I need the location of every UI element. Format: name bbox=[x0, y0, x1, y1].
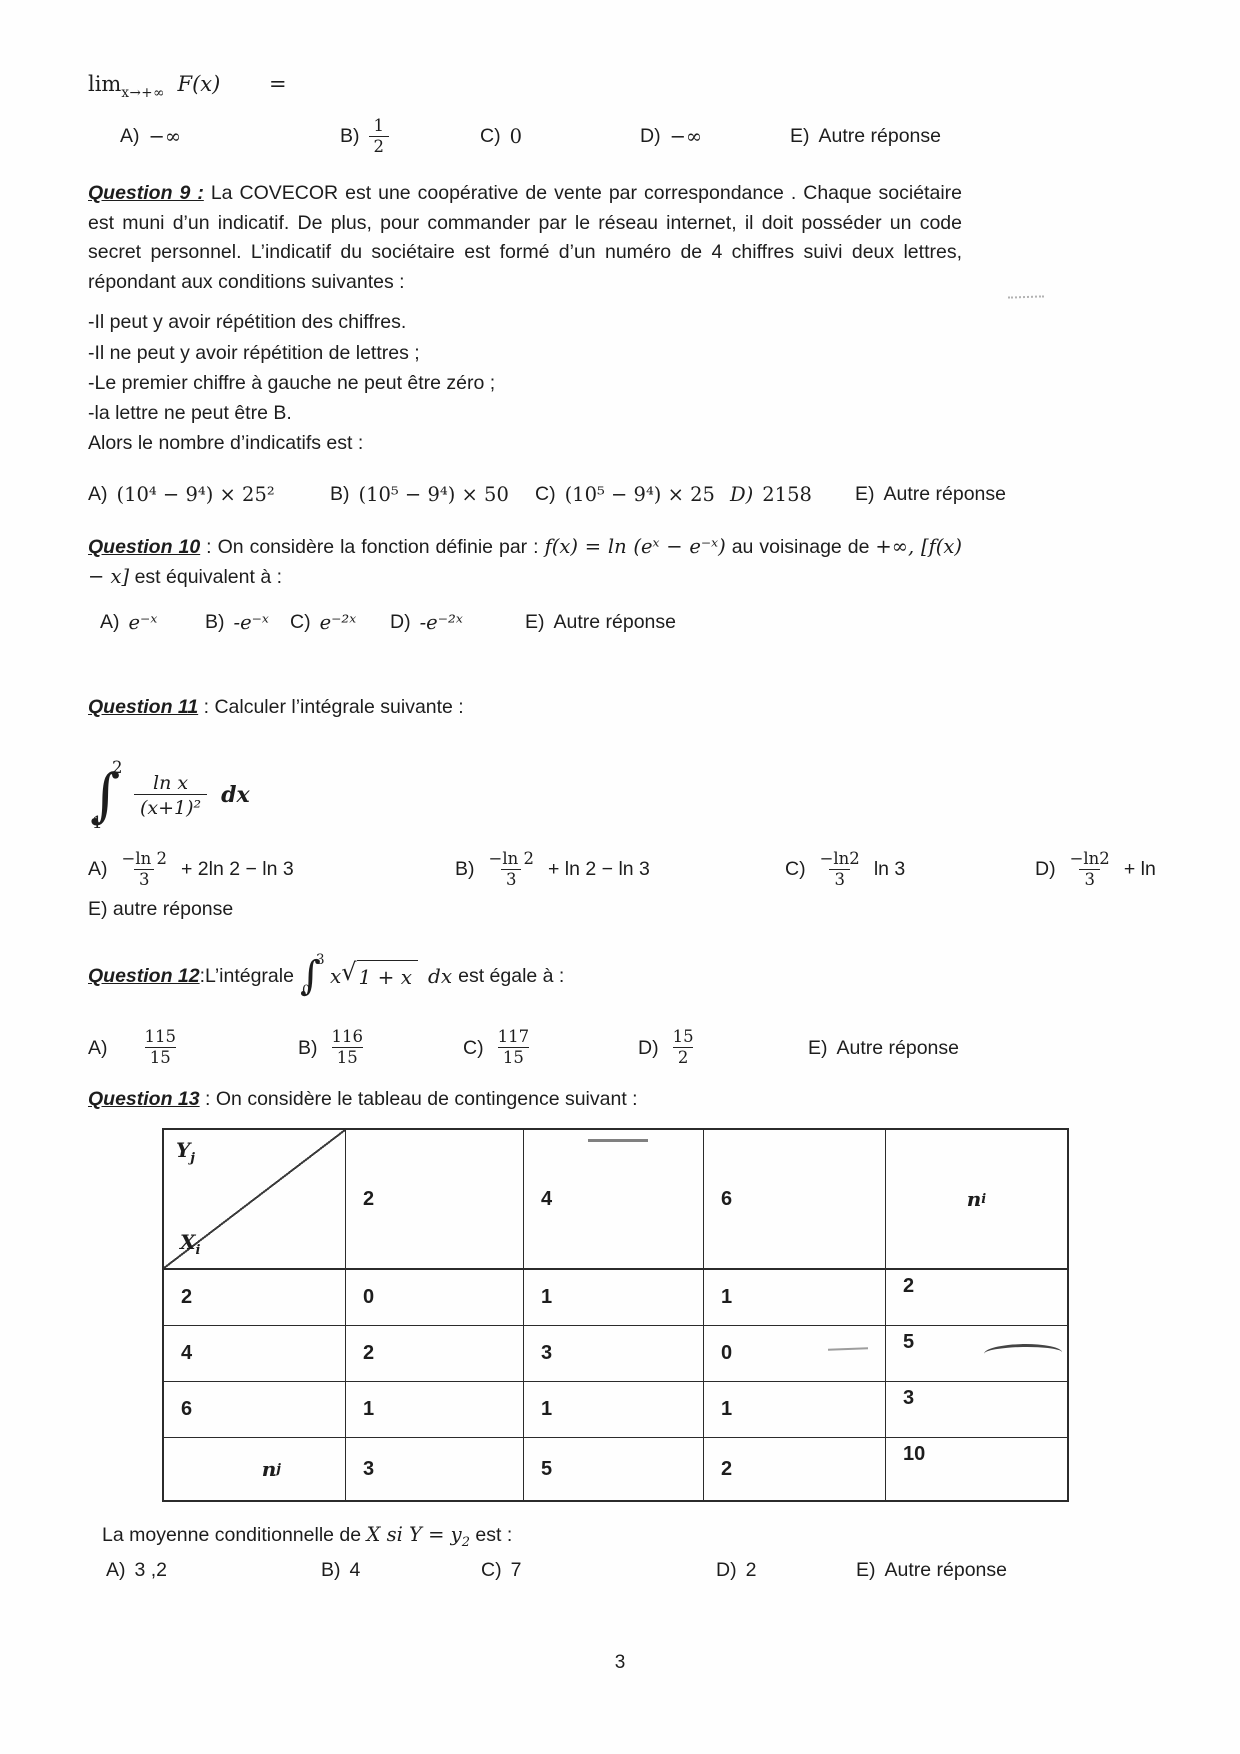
col-header: 6 bbox=[704, 1130, 886, 1270]
option-label: B) bbox=[321, 1559, 341, 1582]
fraction: −ln23 bbox=[1065, 850, 1115, 890]
page-number: 3 bbox=[0, 1652, 1240, 1674]
table-cell: 10 bbox=[886, 1438, 1067, 1500]
table-cell: 1 bbox=[524, 1270, 704, 1326]
q9-condition-3: -Le premier chiffre à gauche ne peut êtr… bbox=[88, 368, 1188, 398]
question-11-title: Question 11 bbox=[88, 696, 198, 718]
col-header-ni: ni bbox=[886, 1130, 1067, 1270]
table-cell: 1 bbox=[704, 1270, 886, 1326]
integrand-x: x bbox=[330, 961, 341, 992]
q10-option-a: A) e⁻ˣ bbox=[100, 611, 205, 634]
radicand: 1 + x bbox=[357, 960, 418, 993]
option-label: D) bbox=[638, 1037, 659, 1060]
option-value: (10⁵ − 9⁴) × 50 bbox=[359, 483, 509, 506]
total-row-label: nj bbox=[164, 1438, 346, 1500]
lim-subscript: x→+∞ bbox=[121, 85, 164, 101]
row-label: 2 bbox=[164, 1270, 346, 1326]
q9-options-row: A) (10⁴ − 9⁴) × 25² B) (10⁵ − 9⁴) × 50 C… bbox=[88, 483, 1188, 506]
fraction-denominator: 2 bbox=[673, 1047, 694, 1068]
option-label: A) bbox=[106, 1559, 126, 1582]
q13-question-math: X si Y = y2 bbox=[367, 1523, 470, 1546]
option-value: -e⁻²ˣ bbox=[420, 611, 463, 634]
integrand-denominator: (x+1)² bbox=[134, 794, 207, 819]
q10-text-before: On considère la fonction définie par : bbox=[218, 536, 545, 558]
question-12-line: Question 12 :L’intégrale ∫ 3 0 x √1 + x … bbox=[88, 950, 1188, 1002]
q9-option-b: B) (10⁵ − 9⁴) × 50 bbox=[330, 483, 535, 506]
q12-option-e: E) Autre réponse bbox=[808, 1037, 959, 1060]
fraction-numerator: 116 bbox=[327, 1028, 369, 1047]
row-label: 6 bbox=[164, 1382, 346, 1438]
option-label: E) bbox=[855, 483, 875, 506]
table-cell: 2 bbox=[704, 1438, 886, 1500]
q11-option-b: B) −ln 23 + ln 2 − ln 3 bbox=[455, 850, 785, 890]
integral-lower-bound: 1 bbox=[92, 813, 103, 832]
q11-option-a: A) −ln 23 + 2ln 2 − ln 3 bbox=[88, 850, 455, 890]
q10-option-d: D) -e⁻²ˣ bbox=[390, 611, 525, 634]
option-value: (10⁵ − 9⁴) × 25 bbox=[565, 483, 715, 506]
q13-question-after: est : bbox=[470, 1524, 512, 1546]
q12-text-before: L’intégrale bbox=[205, 961, 294, 991]
table-cell: 5 bbox=[524, 1438, 704, 1500]
table-cell: 2 bbox=[886, 1270, 1067, 1326]
option-label: B) bbox=[205, 611, 225, 634]
table-cell: 0 bbox=[346, 1270, 524, 1326]
table-cell: 3 bbox=[886, 1382, 1067, 1438]
option-label: A) bbox=[120, 125, 140, 148]
q13-question-before: La moyenne conditionnelle de bbox=[102, 1524, 367, 1546]
question-10-paragraph: Question 10 : On considère la fonction d… bbox=[88, 532, 962, 593]
option-label: E) bbox=[856, 1559, 876, 1582]
fraction-denominator: 2 bbox=[369, 136, 390, 157]
dx: dx bbox=[221, 782, 250, 808]
fraction-numerator: 115 bbox=[140, 1028, 182, 1047]
q13-option-a: A) 3 ,2 bbox=[106, 1559, 321, 1582]
contingency-table: Yj Xi 2 4 6 ni 2 0 1 1 2 4 2 3 0 5 6 1 1… bbox=[162, 1128, 1069, 1502]
q11-text: Calculer l’intégrale suivante : bbox=[214, 696, 463, 718]
q13-option-b: B) 4 bbox=[321, 1559, 481, 1582]
integrand-numerator: ln x bbox=[153, 772, 188, 794]
square-root: √1 + x bbox=[341, 960, 418, 993]
fraction: −ln 23 bbox=[484, 850, 539, 890]
option-label: A) bbox=[88, 1037, 108, 1060]
question-13-title: Question 13 bbox=[88, 1088, 200, 1110]
equals-sign: = bbox=[269, 72, 287, 96]
table-cell: 1 bbox=[524, 1382, 704, 1438]
table-cell: 3 bbox=[524, 1326, 704, 1382]
question-9-intro: La COVECOR est une coopérative de vente … bbox=[88, 182, 962, 293]
col-header: 4 bbox=[524, 1130, 704, 1270]
lim-word: lim bbox=[88, 72, 121, 96]
fraction: 11715 bbox=[493, 1028, 535, 1068]
limit-expression: limx→+∞ F(x) = bbox=[88, 72, 1188, 101]
question-13-line: Question 13 : On considère le tableau de… bbox=[88, 1084, 1188, 1114]
fraction-numerator: 1 bbox=[369, 117, 390, 136]
option-label: C) bbox=[480, 125, 501, 148]
q11-options-row: A) −ln 23 + 2ln 2 − ln 3 B) −ln 23 + ln … bbox=[88, 850, 1188, 890]
table-cell: 3 bbox=[346, 1438, 524, 1500]
q11-option-e: E) autre réponse bbox=[88, 894, 1188, 924]
q9-conditions: -Il peut y avoir répétition des chiffres… bbox=[88, 307, 1188, 458]
option-value: 2 bbox=[746, 1559, 757, 1582]
table-corner-cell: Yj Xi bbox=[164, 1130, 346, 1270]
corner-y-label: Yj bbox=[176, 1138, 195, 1166]
q12-options-row: A) 11515 B) 11615 C) 11715 D) 152 E) Aut… bbox=[88, 1028, 1188, 1068]
option-label: B) bbox=[340, 125, 360, 148]
q13-option-d: D) 2 bbox=[716, 1559, 856, 1582]
table-cell: 1 bbox=[704, 1382, 886, 1438]
option-label: C) bbox=[535, 483, 556, 506]
separator: : bbox=[198, 696, 214, 718]
option-label: B) bbox=[330, 483, 350, 506]
fraction-numerator: −ln2 bbox=[1065, 850, 1115, 869]
fraction-denominator: 3 bbox=[1079, 869, 1100, 890]
q13-option-c: C) 7 bbox=[481, 1559, 716, 1582]
q9-option-e: E) Autre réponse bbox=[855, 483, 1006, 506]
q8-option-c: C) 0 bbox=[480, 125, 640, 148]
question-11-line: Question 11 : Calculer l’intégrale suiva… bbox=[88, 692, 1188, 722]
q12-integral: ∫ 3 0 x √1 + x dx bbox=[300, 950, 452, 1002]
q13-options-row: A) 3 ,2 B) 4 C) 7 D) 2 E) Autre réponse bbox=[106, 1559, 1188, 1582]
scanned-exam-page: limx→+∞ F(x) = A) −∞ B) 12 C) 0 D) −∞ bbox=[0, 0, 1240, 1754]
integrand-fraction: ln x (x+1)² bbox=[134, 772, 207, 819]
fraction-denominator: 3 bbox=[501, 869, 522, 890]
q8-option-b: B) 12 bbox=[340, 117, 480, 157]
col-header: 2 bbox=[346, 1130, 524, 1270]
q11-option-d: D) −ln23 + ln bbox=[1035, 850, 1156, 890]
fraction-numerator: 117 bbox=[493, 1028, 535, 1047]
fraction: 11515 bbox=[140, 1028, 182, 1068]
q12-option-a: A) 11515 bbox=[88, 1028, 298, 1068]
fraction-denominator: 15 bbox=[332, 1047, 363, 1068]
option-label: B) bbox=[298, 1037, 318, 1060]
q10-text-mid: au voisinage de bbox=[726, 536, 876, 558]
option-value: 0 bbox=[510, 125, 522, 148]
q9-option-c: C) (10⁵ − 9⁴) × 25 bbox=[535, 483, 730, 506]
fraction-numerator: 15 bbox=[668, 1028, 699, 1047]
table-cell: 0 bbox=[704, 1326, 886, 1382]
option-tail: ln 3 bbox=[874, 858, 905, 881]
fraction-denominator: 3 bbox=[829, 869, 850, 890]
integral-upper-bound: 2 bbox=[112, 758, 123, 777]
option-tail: + 2ln 2 − ln 3 bbox=[181, 858, 294, 881]
fraction: 12 bbox=[369, 117, 390, 157]
question-10-title: Question 10 bbox=[88, 536, 200, 558]
q10-math-1: f(x) = ln (eˣ − e⁻ˣ) bbox=[545, 535, 726, 558]
corner-x-label: Xi bbox=[180, 1230, 200, 1258]
option-value: Autre réponse bbox=[837, 1037, 960, 1060]
separator: : bbox=[200, 1088, 216, 1110]
option-label: D) bbox=[1035, 858, 1056, 881]
option-value: −∞ bbox=[670, 125, 703, 148]
option-value: 4 bbox=[350, 1559, 361, 1582]
q9-option-a: A) (10⁴ − 9⁴) × 25² bbox=[88, 483, 330, 506]
option-label: E) bbox=[525, 611, 545, 634]
option-label: D) bbox=[716, 1559, 737, 1582]
integral-sign-wrap: ∫ 3 0 bbox=[300, 950, 324, 1002]
option-value: Autre réponse bbox=[884, 483, 1007, 506]
option-label: C) bbox=[785, 858, 806, 881]
question-9-paragraph: Question 9 : La COVECOR est une coopérat… bbox=[88, 179, 962, 298]
option-value: −∞ bbox=[149, 125, 182, 148]
q8-option-d: D) −∞ bbox=[640, 125, 790, 148]
option-value: Autre réponse bbox=[819, 125, 942, 148]
fraction-denominator: 3 bbox=[134, 869, 155, 890]
dx: dx bbox=[428, 961, 452, 992]
option-label: A) bbox=[88, 858, 108, 881]
option-label: C) bbox=[463, 1037, 484, 1060]
scan-artifact-border-smear bbox=[588, 1139, 648, 1142]
option-value: (10⁴ − 9⁴) × 25² bbox=[117, 483, 275, 506]
question-9-title: Question 9 : bbox=[88, 182, 204, 204]
radical-sign: √ bbox=[341, 960, 356, 984]
option-label: C) bbox=[481, 1559, 502, 1582]
fraction-numerator: −ln2 bbox=[815, 850, 865, 869]
q8-option-e: E) Autre réponse bbox=[790, 125, 941, 148]
table-cell: 1 bbox=[346, 1382, 524, 1438]
fraction-denominator: 15 bbox=[498, 1047, 529, 1068]
table-cell: 2 bbox=[346, 1326, 524, 1382]
q11-option-c: C) −ln23 ln 3 bbox=[785, 850, 1035, 890]
option-label: D) bbox=[640, 125, 661, 148]
fraction-numerator: −ln 2 bbox=[117, 850, 172, 869]
q11-integral: ∫ 2 1 ln x (x+1)² dx bbox=[90, 756, 1188, 834]
option-value: Autre réponse bbox=[554, 611, 677, 634]
fraction: −ln 23 bbox=[117, 850, 172, 890]
option-label: E) bbox=[808, 1037, 828, 1060]
separator: : bbox=[200, 536, 217, 558]
integral-sign-wrap: ∫ 2 1 bbox=[90, 756, 124, 834]
option-label: E) bbox=[790, 125, 810, 148]
option-value: e⁻²ˣ bbox=[320, 611, 357, 634]
option-label: A) bbox=[88, 483, 108, 506]
q9-condition-1: -Il peut y avoir répétition des chiffres… bbox=[88, 307, 1188, 337]
q9-option-d: D) 2158 bbox=[730, 483, 855, 506]
integral-lower-bound: 0 bbox=[302, 981, 311, 1002]
q10-option-e: E) Autre réponse bbox=[525, 611, 676, 634]
q8-options-row: A) −∞ B) 12 C) 0 D) −∞ E) Autre réponse bbox=[120, 117, 1188, 157]
q12-option-d: D) 152 bbox=[638, 1028, 808, 1068]
option-tail: + ln 2 − ln 3 bbox=[548, 858, 650, 881]
q9-condition-4: -la lettre ne peut être B. bbox=[88, 398, 1188, 428]
fraction: 152 bbox=[668, 1028, 699, 1068]
q13-question-line: La moyenne conditionnelle de X si Y = y2… bbox=[102, 1520, 1188, 1553]
q8-option-a: A) −∞ bbox=[120, 125, 340, 148]
fraction: −ln23 bbox=[815, 850, 865, 890]
integral-upper-bound: 3 bbox=[316, 950, 325, 971]
fraction-numerator: −ln 2 bbox=[484, 850, 539, 869]
q9-condition-2: -Il ne peut y avoir répétition de lettre… bbox=[88, 338, 1188, 368]
option-value: 7 bbox=[511, 1559, 522, 1582]
option-value: 2158 bbox=[762, 483, 812, 506]
option-value: Autre réponse bbox=[885, 1559, 1008, 1582]
q9-closing: Alors le nombre d’indicatifs est : bbox=[88, 428, 1188, 458]
fraction-denominator: 15 bbox=[145, 1047, 176, 1068]
option-label: C) bbox=[290, 611, 311, 634]
question-12-title: Question 12 bbox=[88, 961, 200, 991]
q12-option-c: C) 11715 bbox=[463, 1028, 638, 1068]
q12-option-b: B) 11615 bbox=[298, 1028, 463, 1068]
q10-option-c: C) e⁻²ˣ bbox=[290, 611, 390, 634]
q10-text-after: est équivalent à : bbox=[129, 566, 282, 588]
option-value: e⁻ˣ bbox=[129, 611, 158, 634]
option-value: -e⁻ˣ bbox=[234, 611, 269, 634]
option-label: B) bbox=[455, 858, 475, 881]
q13-text: On considère le tableau de contingence s… bbox=[216, 1088, 638, 1110]
fraction: 11615 bbox=[327, 1028, 369, 1068]
option-tail: + ln bbox=[1124, 858, 1156, 881]
q13-option-e: E) Autre réponse bbox=[856, 1559, 1007, 1582]
q10-options-row: A) e⁻ˣ B) -e⁻ˣ C) e⁻²ˣ D) -e⁻²ˣ E) Autre… bbox=[100, 611, 1188, 634]
option-label: A) bbox=[100, 611, 120, 634]
option-value: 3 ,2 bbox=[135, 1559, 168, 1582]
row-label: 4 bbox=[164, 1326, 346, 1382]
option-label: D) bbox=[730, 483, 753, 506]
q12-text-after: est égale à : bbox=[458, 961, 564, 991]
lim-function: F(x) bbox=[178, 72, 221, 96]
q10-option-b: B) -e⁻ˣ bbox=[205, 611, 290, 634]
option-label: D) bbox=[390, 611, 411, 634]
